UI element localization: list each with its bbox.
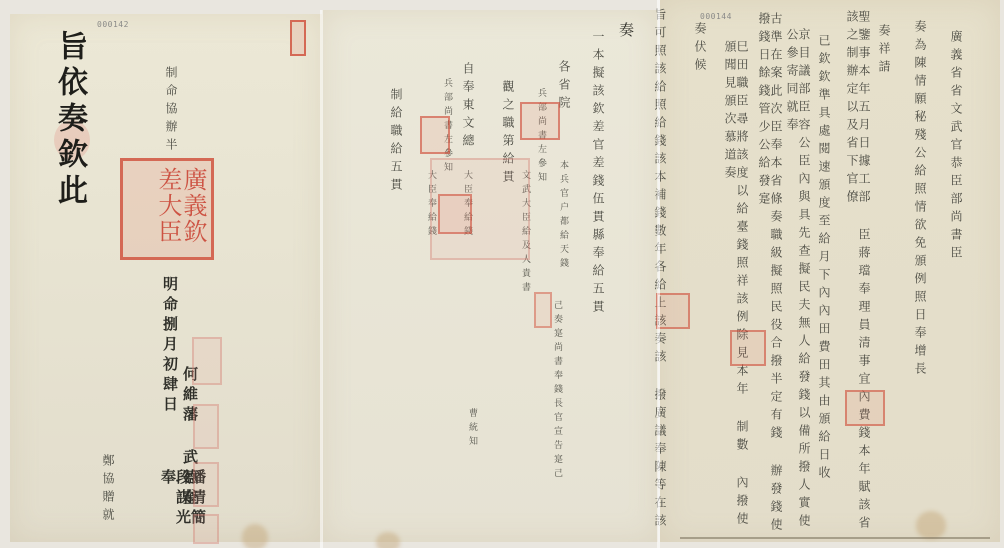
panel-gap bbox=[657, 0, 660, 548]
seam-seal-left bbox=[290, 20, 306, 56]
text-column: 一本擬該欽差官差錢伍貫縣奉給五貫 bbox=[592, 30, 604, 318]
faint-seal bbox=[192, 337, 222, 385]
small-seal bbox=[534, 292, 552, 328]
text-column: 聖鑒事本年五月日據工部 臣蔣璫奉理員清事宜內費錢本年賦該省該之制辦定以及省下官僚 bbox=[846, 10, 870, 542]
panel-gap bbox=[320, 10, 323, 548]
archive-number: 000144 bbox=[700, 12, 732, 21]
seal-inscription: 廣義欽差大臣 bbox=[129, 167, 205, 251]
stain bbox=[376, 532, 400, 548]
text-column: 奏伏候 bbox=[694, 22, 706, 76]
small-seal bbox=[730, 330, 766, 366]
document-panel-middle: 奏 一本擬該欽差官差錢伍貫縣奉給五貫 各省院 觀之職第給貫 自奉東文總 制給職給… bbox=[322, 10, 658, 542]
text-column: 京目議部臣容公臣內與具先查擬民夫無人給發錢以備所撥人實使公參寄同就奉 bbox=[786, 28, 810, 542]
main-red-seal: 廣義欽差大臣 bbox=[120, 158, 214, 260]
text-column: 已欽欽準具處閱速頒度至給月下內內田費田其由頒給日收 bbox=[818, 34, 830, 484]
small-seal bbox=[845, 390, 885, 426]
text-column: 巳田職臣尋將該度以給臺錢照祥該例除見本年 制數 內撥使頒聞見頒次慕道奏 bbox=[724, 40, 748, 542]
text-column: 旨可照該給照給錢該本補錢數年各給上該奏該 撥廣議奉陳等在該 bbox=[654, 8, 666, 532]
small-note: 己奏寔尚書奉錢長官宣告寔己 bbox=[552, 300, 561, 482]
faint-seal bbox=[193, 404, 219, 449]
panel-header: 奏 bbox=[618, 22, 633, 42]
text-column: 古準在案此次臣奉本省條奏職級擬照民役合撥半定有錢 辦發錢使撥錢日餘錢管少公給發寔 bbox=[758, 12, 782, 542]
small-seal bbox=[520, 102, 560, 140]
document-panel-left: 000142 旨依奏欽此 制命協辦半 廣義欽差大臣 明命捌月初肆日 何維藩 武德… bbox=[10, 14, 322, 542]
faint-seal bbox=[193, 514, 219, 544]
text-column: 廣義省省文武官恭臣部尚書臣 bbox=[950, 30, 962, 264]
small-seal bbox=[420, 116, 450, 154]
text-column: 自奉東文總 bbox=[462, 62, 474, 152]
text-column: 奏為陳情願秘殘公給照情欲免頒例照日奉增長 bbox=[914, 20, 926, 380]
bottom-edge bbox=[680, 537, 990, 539]
faint-seal-outline bbox=[430, 158, 530, 260]
text-column: 奏祥請 bbox=[878, 24, 890, 78]
stain bbox=[916, 511, 946, 539]
small-note: 本兵官户都給天錢 bbox=[558, 160, 567, 272]
document-panel-right: 000144 廣義省省文武官恭臣部尚書臣 奏為陳情願秘殘公給照情欲免頒例照日奉增… bbox=[660, 0, 1000, 542]
footer-signature: 曹統知 bbox=[467, 408, 476, 450]
imperial-rescript: 旨依奏欽此 bbox=[54, 30, 84, 210]
faint-seal bbox=[193, 462, 219, 507]
official-c: 鄭協贈就 bbox=[102, 454, 114, 526]
archive-number: 000142 bbox=[97, 20, 129, 29]
stain bbox=[242, 524, 268, 548]
text-column: 制給職給五貫 bbox=[390, 88, 402, 196]
small-seal bbox=[656, 293, 690, 329]
date-line: 明命捌月初肆日 bbox=[162, 276, 177, 416]
edict-column: 制命協辦半 bbox=[165, 66, 177, 156]
